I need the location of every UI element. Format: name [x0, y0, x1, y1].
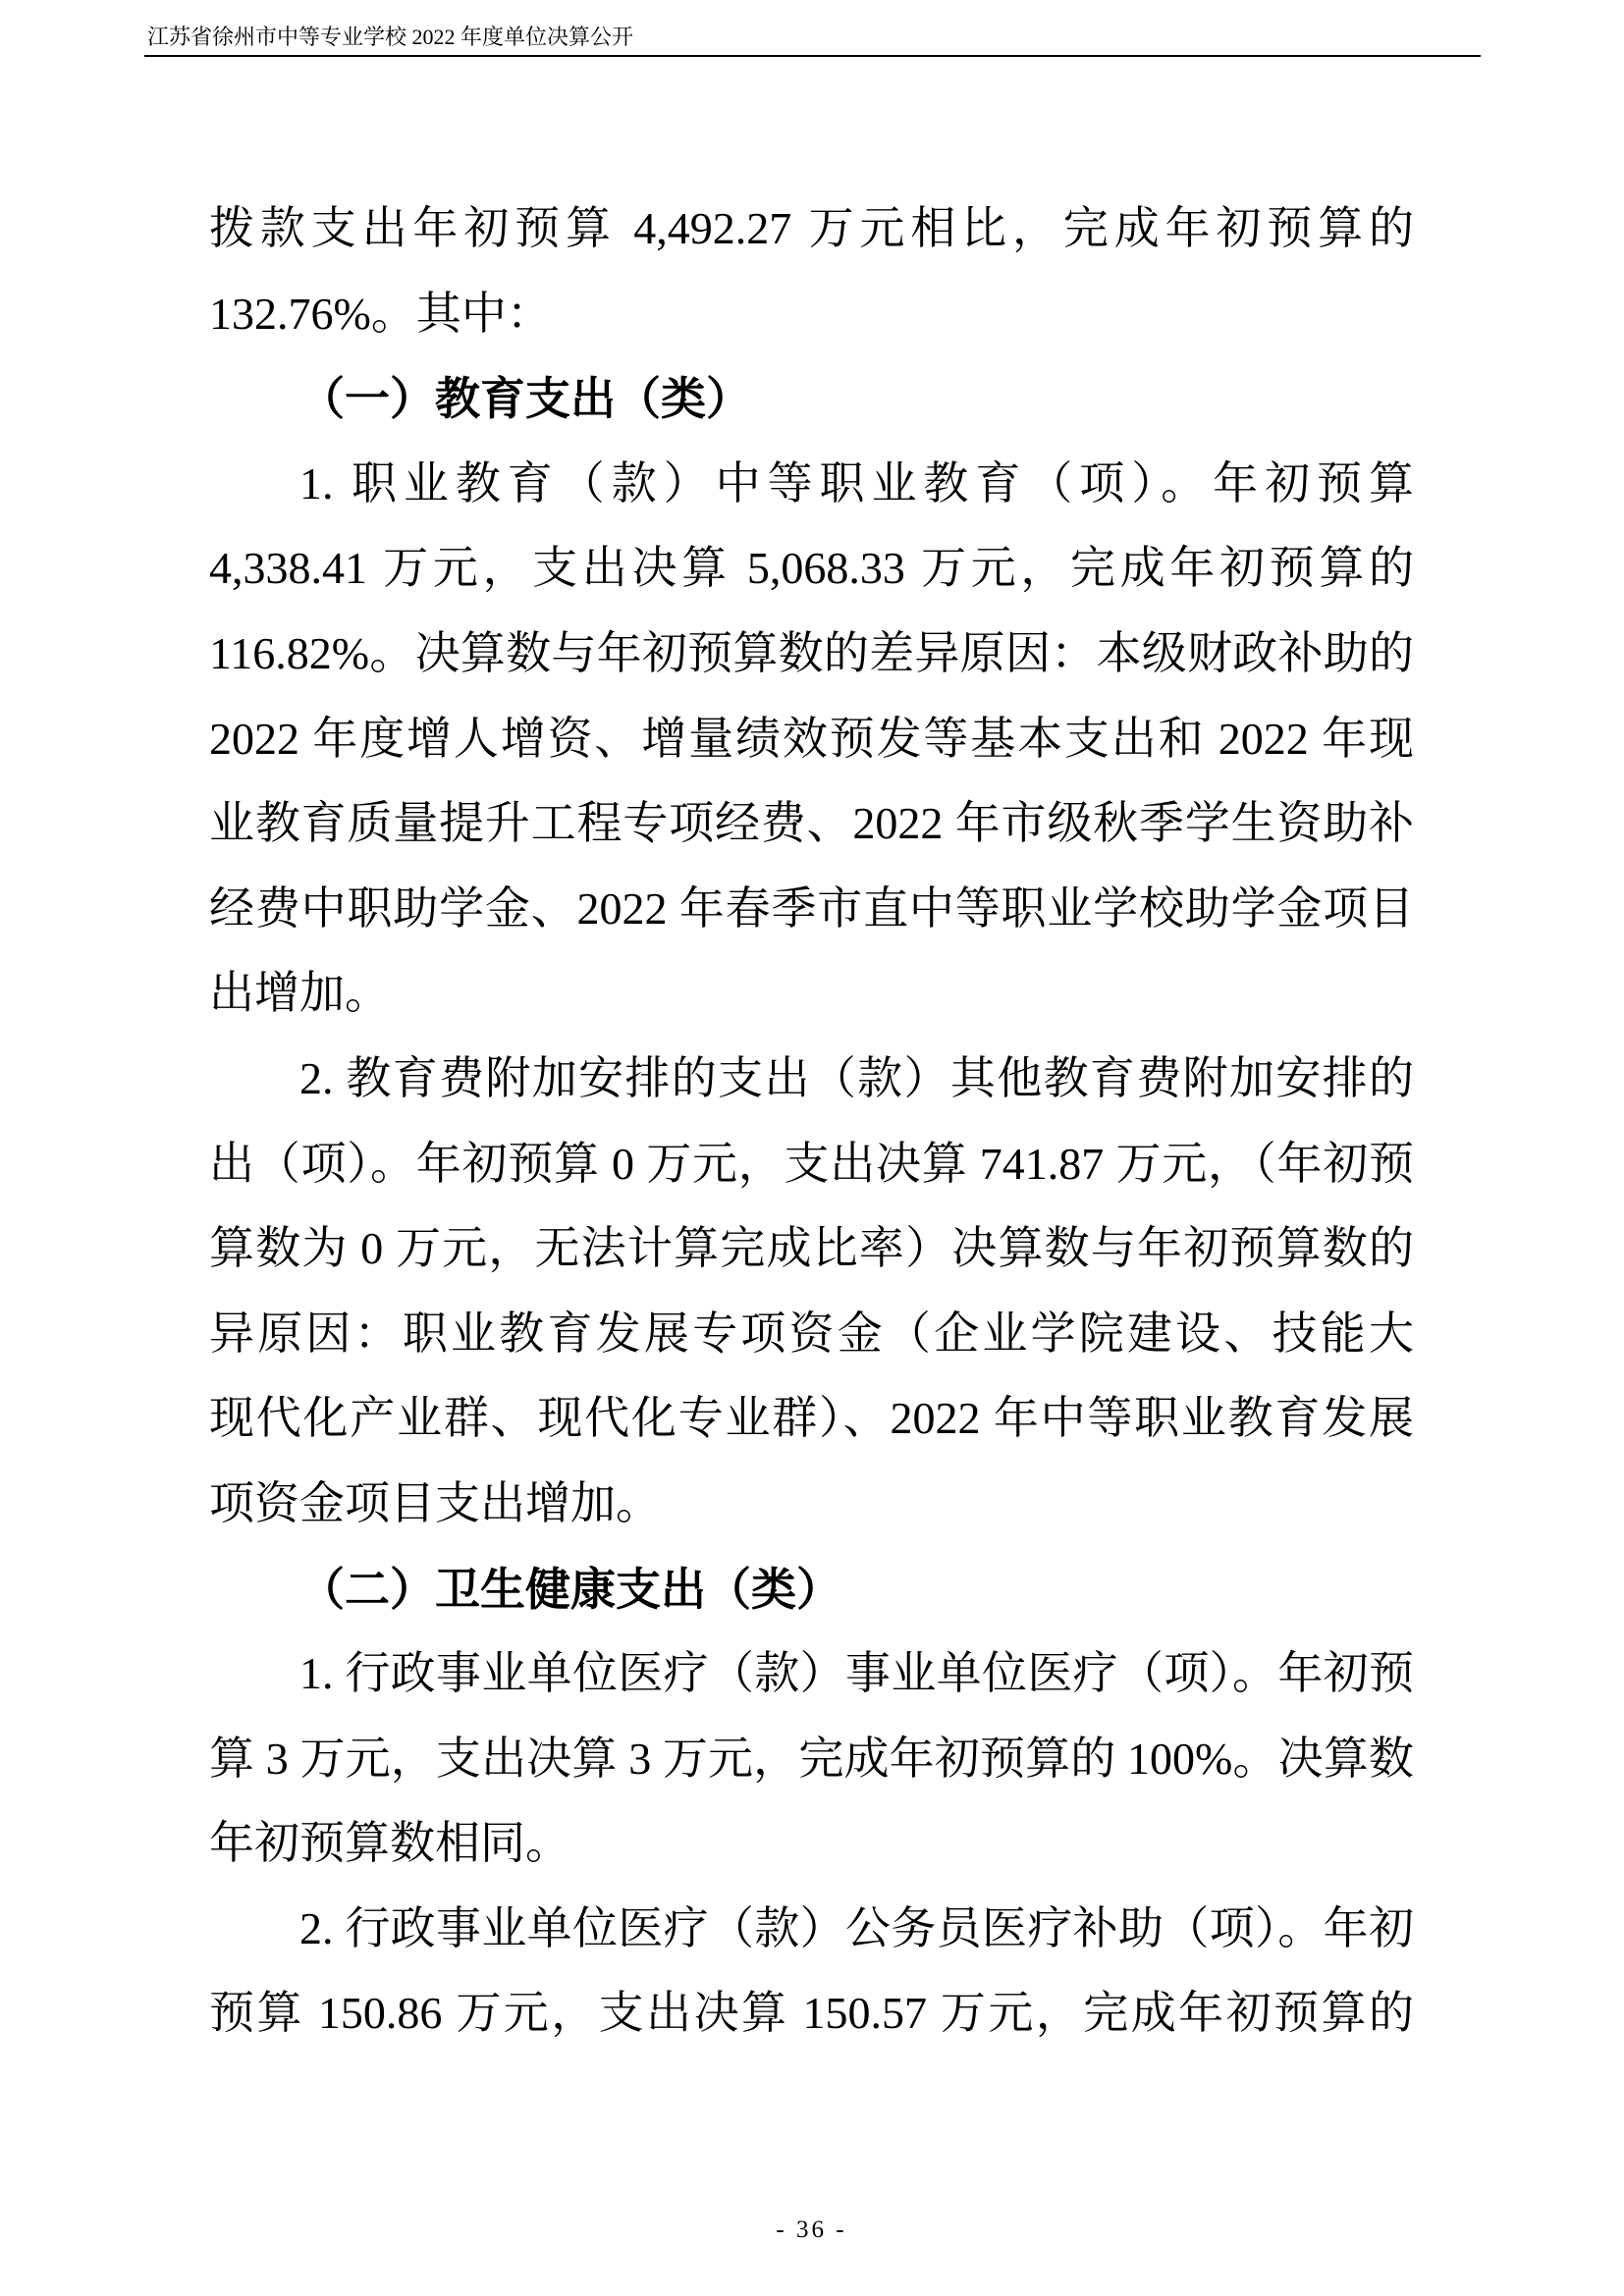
body-line: 1. 职业教育（款）中等职业教育（项）。年初预算	[209, 442, 1414, 527]
body-line: 116.82%。决算数与年初预算数的差异原因：本级财政补助的	[209, 612, 1414, 697]
section-heading: （二）卫生健康支出（类）	[209, 1547, 1414, 1632]
body-line: 年初预算数相同。	[209, 1801, 1414, 1887]
body-line: 2. 教育费附加安排的支出（款）其他教育费附加安排的支	[209, 1037, 1414, 1122]
page-number: - 36 -	[209, 2216, 1414, 2244]
document-page: 江苏省徐州市中等专业学校 2022 年度单位决算公开 拨款支出年初预算 4,49…	[0, 0, 1624, 2296]
body-line: 拨款支出年初预算 4,492.27 万元相比，完成年初预算的	[209, 187, 1414, 272]
body-line: 算数为 0 万元，无法计算完成比率）决算数与年初预算数的差	[209, 1206, 1414, 1292]
body-line: 预算 150.86 万元，支出决算 150.57 万元，完成年初预算的	[209, 1971, 1414, 2056]
body-line: 项资金项目支出增加。	[209, 1462, 1414, 1547]
body-line: 1. 行政事业单位医疗（款）事业单位医疗（项）。年初预	[209, 1631, 1414, 1717]
body-line: 4,338.41 万元，支出决算 5,068.33 万元，完成年初预算的	[209, 526, 1414, 612]
body-line: 现代化产业群、现代化专业群）、2022 年中等职业教育发展专	[209, 1376, 1414, 1462]
body-line: 2022 年度增人增资、增量绩效预发等基本支出和 2022 年现代职	[209, 697, 1414, 782]
body-line: 2. 行政事业单位医疗（款）公务员医疗补助（项）。年初	[209, 1887, 1414, 1972]
section-heading: （一）教育支出（类）	[209, 356, 1414, 442]
body-line: 出增加。	[209, 951, 1414, 1037]
body-line: 出（项）。年初预算 0 万元，支出决算 741.87 万元，（年初预	[209, 1122, 1414, 1207]
document-body: 拨款支出年初预算 4,492.27 万元相比，完成年初预算的132.76%。其中…	[209, 187, 1414, 2056]
body-line: 异原因：职业教育发展专项资金（企业学院建设、技能大赛、	[209, 1292, 1414, 1377]
page-header-title: 江苏省徐州市中等专业学校 2022 年度单位决算公开	[147, 24, 633, 51]
body-line: 132.76%。其中：	[209, 272, 1414, 357]
body-line: 算 3 万元，支出决算 3 万元，完成年初预算的 100%。决算数与	[209, 1717, 1414, 1802]
body-line: 业教育质量提升工程专项经费、2022 年市级秋季学生资助补助	[209, 781, 1414, 867]
body-line: 经费中职助学金、2022 年春季市直中等职业学校助学金项目支	[209, 867, 1414, 952]
header-rule	[144, 55, 1481, 57]
